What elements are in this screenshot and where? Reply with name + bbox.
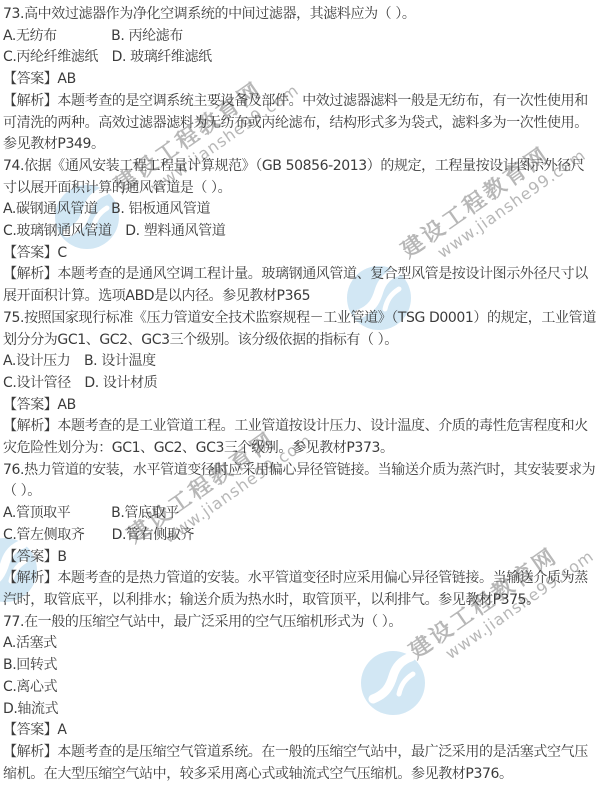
option-row: C.丙纶纤维滤纸 D. 玻璃纤维滤纸: [3, 47, 597, 69]
answer-value: B: [57, 549, 66, 565]
analysis-line: 【解析】本题考查的是通风空调工程计量。玻璃钢通风管道、复合型风管是按设计图示外径…: [3, 264, 597, 307]
option-row: A.碳钢通风管道 B. 铝板通风管道: [3, 199, 597, 221]
option-row: C.玻璃钢通风管道 D. 塑料通风管道: [3, 221, 597, 243]
answer-label: 【答案】: [3, 397, 57, 413]
answer-value: C: [57, 245, 66, 261]
answer-label: 【答案】: [3, 245, 57, 261]
answer-line: 【答案】AB: [3, 69, 597, 91]
analysis-line: 【解析】本题考查的是工业管道工程。工业管道按设计压力、设计温度、介质的毒性危害程…: [3, 416, 597, 459]
question-76: 76.热力管道的安装，水平管道变径时应采用偏心异径管链接。当输送介质为蒸汽时，其…: [3, 460, 597, 612]
analysis-label: 【解析】: [3, 93, 57, 109]
analysis-text: 本题考查的是通风空调工程计量。玻璃钢通风管道、复合型风管是按设计图示外径尺寸以展…: [3, 266, 588, 304]
answer-label: 【答案】: [3, 549, 57, 565]
exam-content: 73.高中效过滤器作为净化空调系统的中间过滤器，其滤料应为（ ）。 A.无纺布 …: [0, 0, 599, 785]
question-74: 74.依据《通风安装工程工程量计算规范》（GB 50856-2013）的规定，工…: [3, 156, 597, 308]
option-row: C.设计管径 D. 设计材质: [3, 373, 597, 395]
question-stem: 74.依据《通风安装工程工程量计算规范》（GB 50856-2013）的规定，工…: [3, 156, 597, 199]
answer-line: 【答案】B: [3, 547, 597, 569]
analysis-text: 本题考查的是压缩空气管道系统。在一般的压缩空气站中，最广泛采用的是活塞式空气压缩…: [3, 744, 588, 782]
option-row: B.回转式: [3, 655, 597, 677]
option-row: D.轴流式: [3, 699, 597, 721]
option-row: C.离心式: [3, 677, 597, 699]
answer-line: 【答案】A: [3, 720, 597, 742]
answer-value: A: [57, 722, 66, 738]
document-page: { "page": { "background": "#ffffff", "te…: [0, 0, 600, 790]
analysis-label: 【解析】: [3, 266, 57, 282]
answer-line: 【答案】AB: [3, 395, 597, 417]
question-73: 73.高中效过滤器作为净化空调系统的中间过滤器，其滤料应为（ ）。 A.无纺布 …: [3, 4, 597, 156]
answer-value: AB: [57, 71, 75, 87]
analysis-line: 【解析】本题考查的是压缩空气管道系统。在一般的压缩空气站中，最广泛采用的是活塞式…: [3, 742, 597, 785]
analysis-line: 【解析】本题考查的是空调系统主要设备及部件。中效过滤器滤料一般是无纺布，有一次性…: [3, 91, 597, 156]
analysis-label: 【解析】: [3, 744, 57, 760]
option-row: A.活塞式: [3, 633, 597, 655]
question-stem: 75.按照国家现行标准《压力管道安全技术监察规程－工业管道》（TSG D0001…: [3, 308, 597, 351]
analysis-text: 本题考查的是空调系统主要设备及部件。中效过滤器滤料一般是无纺布，有一次性使用和可…: [3, 93, 588, 152]
option-row: A.无纺布 B. 丙纶滤布: [3, 26, 597, 48]
analysis-label: 【解析】: [3, 570, 57, 586]
answer-label: 【答案】: [3, 722, 57, 738]
question-77: 77.在一般的压缩空气站中，最广泛采用的空气压缩机形式为（ ）。 A.活塞式 B…: [3, 612, 597, 786]
answer-line: 【答案】C: [3, 243, 597, 265]
answer-label: 【答案】: [3, 71, 57, 87]
analysis-text: 本题考查的是热力管道的安装。水平管道变径时应采用偏心异径管链接。当输送介质为蒸汽…: [3, 570, 588, 608]
question-stem: 76.热力管道的安装，水平管道变径时应采用偏心异径管链接。当输送介质为蒸汽时，其…: [3, 460, 597, 503]
option-row: A.管顶取平 B.管底取平: [3, 503, 597, 525]
question-stem: 77.在一般的压缩空气站中，最广泛采用的空气压缩机形式为（ ）。: [3, 612, 597, 634]
analysis-text: 本题考查的是工业管道工程。工业管道按设计压力、设计温度、介质的毒性危害程度和火灾…: [3, 418, 588, 456]
analysis-line: 【解析】本题考查的是热力管道的安装。水平管道变径时应采用偏心异径管链接。当输送介…: [3, 568, 597, 611]
answer-value: AB: [57, 397, 75, 413]
question-stem: 73.高中效过滤器作为净化空调系统的中间过滤器，其滤料应为（ ）。: [3, 4, 597, 26]
analysis-label: 【解析】: [3, 418, 57, 434]
option-row: C.管左侧取齐 D.管右侧取齐: [3, 525, 597, 547]
option-row: A.设计压力 B. 设计温度: [3, 351, 597, 373]
question-75: 75.按照国家现行标准《压力管道安全技术监察规程－工业管道》（TSG D0001…: [3, 308, 597, 460]
